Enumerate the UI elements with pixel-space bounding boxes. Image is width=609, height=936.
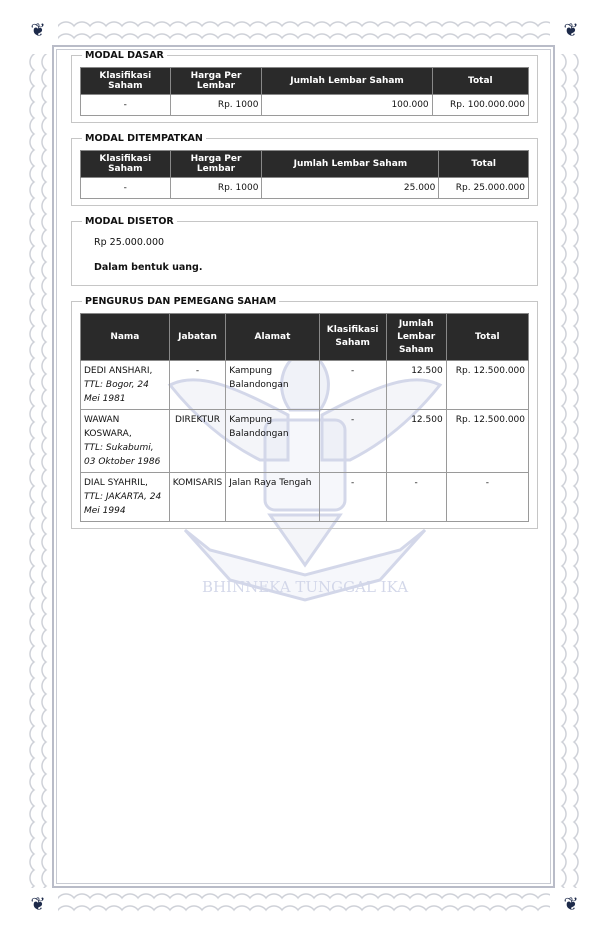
column-header: Klasifikasi Saham (81, 151, 171, 178)
cell-jabatan: KOMISARIS (169, 473, 226, 522)
modal-ditempatkan-table: Klasifikasi Saham Harga Per Lembar Jumla… (80, 150, 529, 199)
cell-total: Rp. 100.000.000 (432, 95, 528, 116)
cell-total: Rp. 25.000.000 (439, 178, 529, 199)
section-title: MODAL DITEMPATKAN (82, 133, 206, 144)
disetor-amount: Rp 25.000.000 (94, 237, 529, 248)
column-header: Jabatan (169, 314, 226, 361)
column-header: Klasifikasi Saham (319, 314, 386, 361)
section-modal-ditempatkan: MODAL DITEMPATKAN Klasifikasi Saham Harg… (71, 133, 538, 206)
section-modal-disetor: MODAL DISETOR Rp 25.000.000 Dalam bentuk… (71, 216, 538, 286)
scalloped-border-left (28, 54, 50, 888)
watermark-motto: BHINNEKA TUNGGAL IKA (202, 578, 408, 596)
scalloped-border-right (558, 54, 580, 888)
cell-klasifikasi: - (81, 178, 171, 199)
cell-harga: Rp. 1000 (170, 95, 262, 116)
cell-jumlah: 12.500 (386, 410, 446, 473)
corner-ornament-icon: ❦ (561, 21, 581, 41)
holder-name: DIAL SYAHRIL, (84, 476, 166, 490)
cell-total: Rp. 12.500.000 (446, 361, 528, 410)
cell-klasifikasi: - (319, 410, 386, 473)
cell-total: Rp. 12.500.000 (446, 410, 528, 473)
cell-klasifikasi: - (319, 473, 386, 522)
table-row: - Rp. 1000 25.000 Rp. 25.000.000 (81, 178, 529, 199)
holder-ttl: TTL: Sukabumi, 03 Oktober 1986 (84, 441, 166, 469)
column-header: Total (446, 314, 528, 361)
modal-dasar-table: Klasifikasi Saham Harga Per Lembar Jumla… (80, 67, 529, 116)
table-row: DIAL SYAHRIL, TTL: JAKARTA, 24 Mei 1994 … (81, 473, 529, 522)
table-row: WAWAN KOSWARA, TTL: Sukabumi, 03 Oktober… (81, 410, 529, 473)
cell-jumlah: 100.000 (262, 95, 432, 116)
cell-klasifikasi: - (81, 95, 171, 116)
cell-nama: DIAL SYAHRIL, TTL: JAKARTA, 24 Mei 1994 (81, 473, 170, 522)
column-header: Jumlah Lembar Saham (386, 314, 446, 361)
cell-alamat: Kampung Balandongan (226, 410, 319, 473)
column-header: Jumlah Lembar Saham (262, 151, 439, 178)
column-header: Klasifikasi Saham (81, 68, 171, 95)
corner-ornament-icon: ❦ (28, 21, 48, 41)
holder-ttl: TTL: JAKARTA, 24 Mei 1994 (84, 490, 166, 518)
section-title: MODAL DISETOR (82, 216, 177, 227)
column-header: Harga Per Lembar (170, 151, 262, 178)
pengurus-table: Nama Jabatan Alamat Klasifikasi Saham Ju… (80, 313, 529, 522)
cell-nama: WAWAN KOSWARA, TTL: Sukabumi, 03 Oktober… (81, 410, 170, 473)
holder-name: DEDI ANSHARI, (84, 364, 166, 378)
section-title: MODAL DASAR (82, 50, 167, 61)
cell-total: - (446, 473, 528, 522)
cell-harga: Rp. 1000 (170, 178, 262, 199)
cell-jabatan: DIREKTUR (169, 410, 226, 473)
table-row: DEDI ANSHARI, TTL: Bogor, 24 Mei 1981 - … (81, 361, 529, 410)
cell-jumlah: 25.000 (262, 178, 439, 199)
column-header: Jumlah Lembar Saham (262, 68, 432, 95)
cell-alamat: Kampung Balandongan (226, 361, 319, 410)
holder-name: WAWAN KOSWARA, (84, 413, 166, 441)
holder-ttl: TTL: Bogor, 24 Mei 1981 (84, 378, 166, 406)
section-modal-dasar: MODAL DASAR Klasifikasi Saham Harga Per … (71, 50, 538, 123)
document-content: MODAL DASAR Klasifikasi Saham Harga Per … (71, 50, 538, 539)
table-row: - Rp. 1000 100.000 Rp. 100.000.000 (81, 95, 529, 116)
corner-ornament-icon: ❦ (28, 895, 48, 915)
cell-alamat: Jalan Raya Tengah (226, 473, 319, 522)
scalloped-border-top (58, 20, 550, 42)
section-title: PENGURUS DAN PEMEGANG SAHAM (82, 296, 279, 307)
cell-nama: DEDI ANSHARI, TTL: Bogor, 24 Mei 1981 (81, 361, 170, 410)
scalloped-border-bottom (58, 892, 550, 914)
cell-jabatan: - (169, 361, 226, 410)
cell-jumlah: 12.500 (386, 361, 446, 410)
cell-klasifikasi: - (319, 361, 386, 410)
column-header: Harga Per Lembar (170, 68, 262, 95)
cell-jumlah: - (386, 473, 446, 522)
corner-ornament-icon: ❦ (561, 895, 581, 915)
column-header: Total (439, 151, 529, 178)
disetor-note: Dalam bentuk uang. (94, 262, 529, 273)
column-header: Total (432, 68, 528, 95)
column-header: Nama (81, 314, 170, 361)
column-header: Alamat (226, 314, 319, 361)
section-pengurus: PENGURUS DAN PEMEGANG SAHAM Nama Jabatan… (71, 296, 538, 529)
